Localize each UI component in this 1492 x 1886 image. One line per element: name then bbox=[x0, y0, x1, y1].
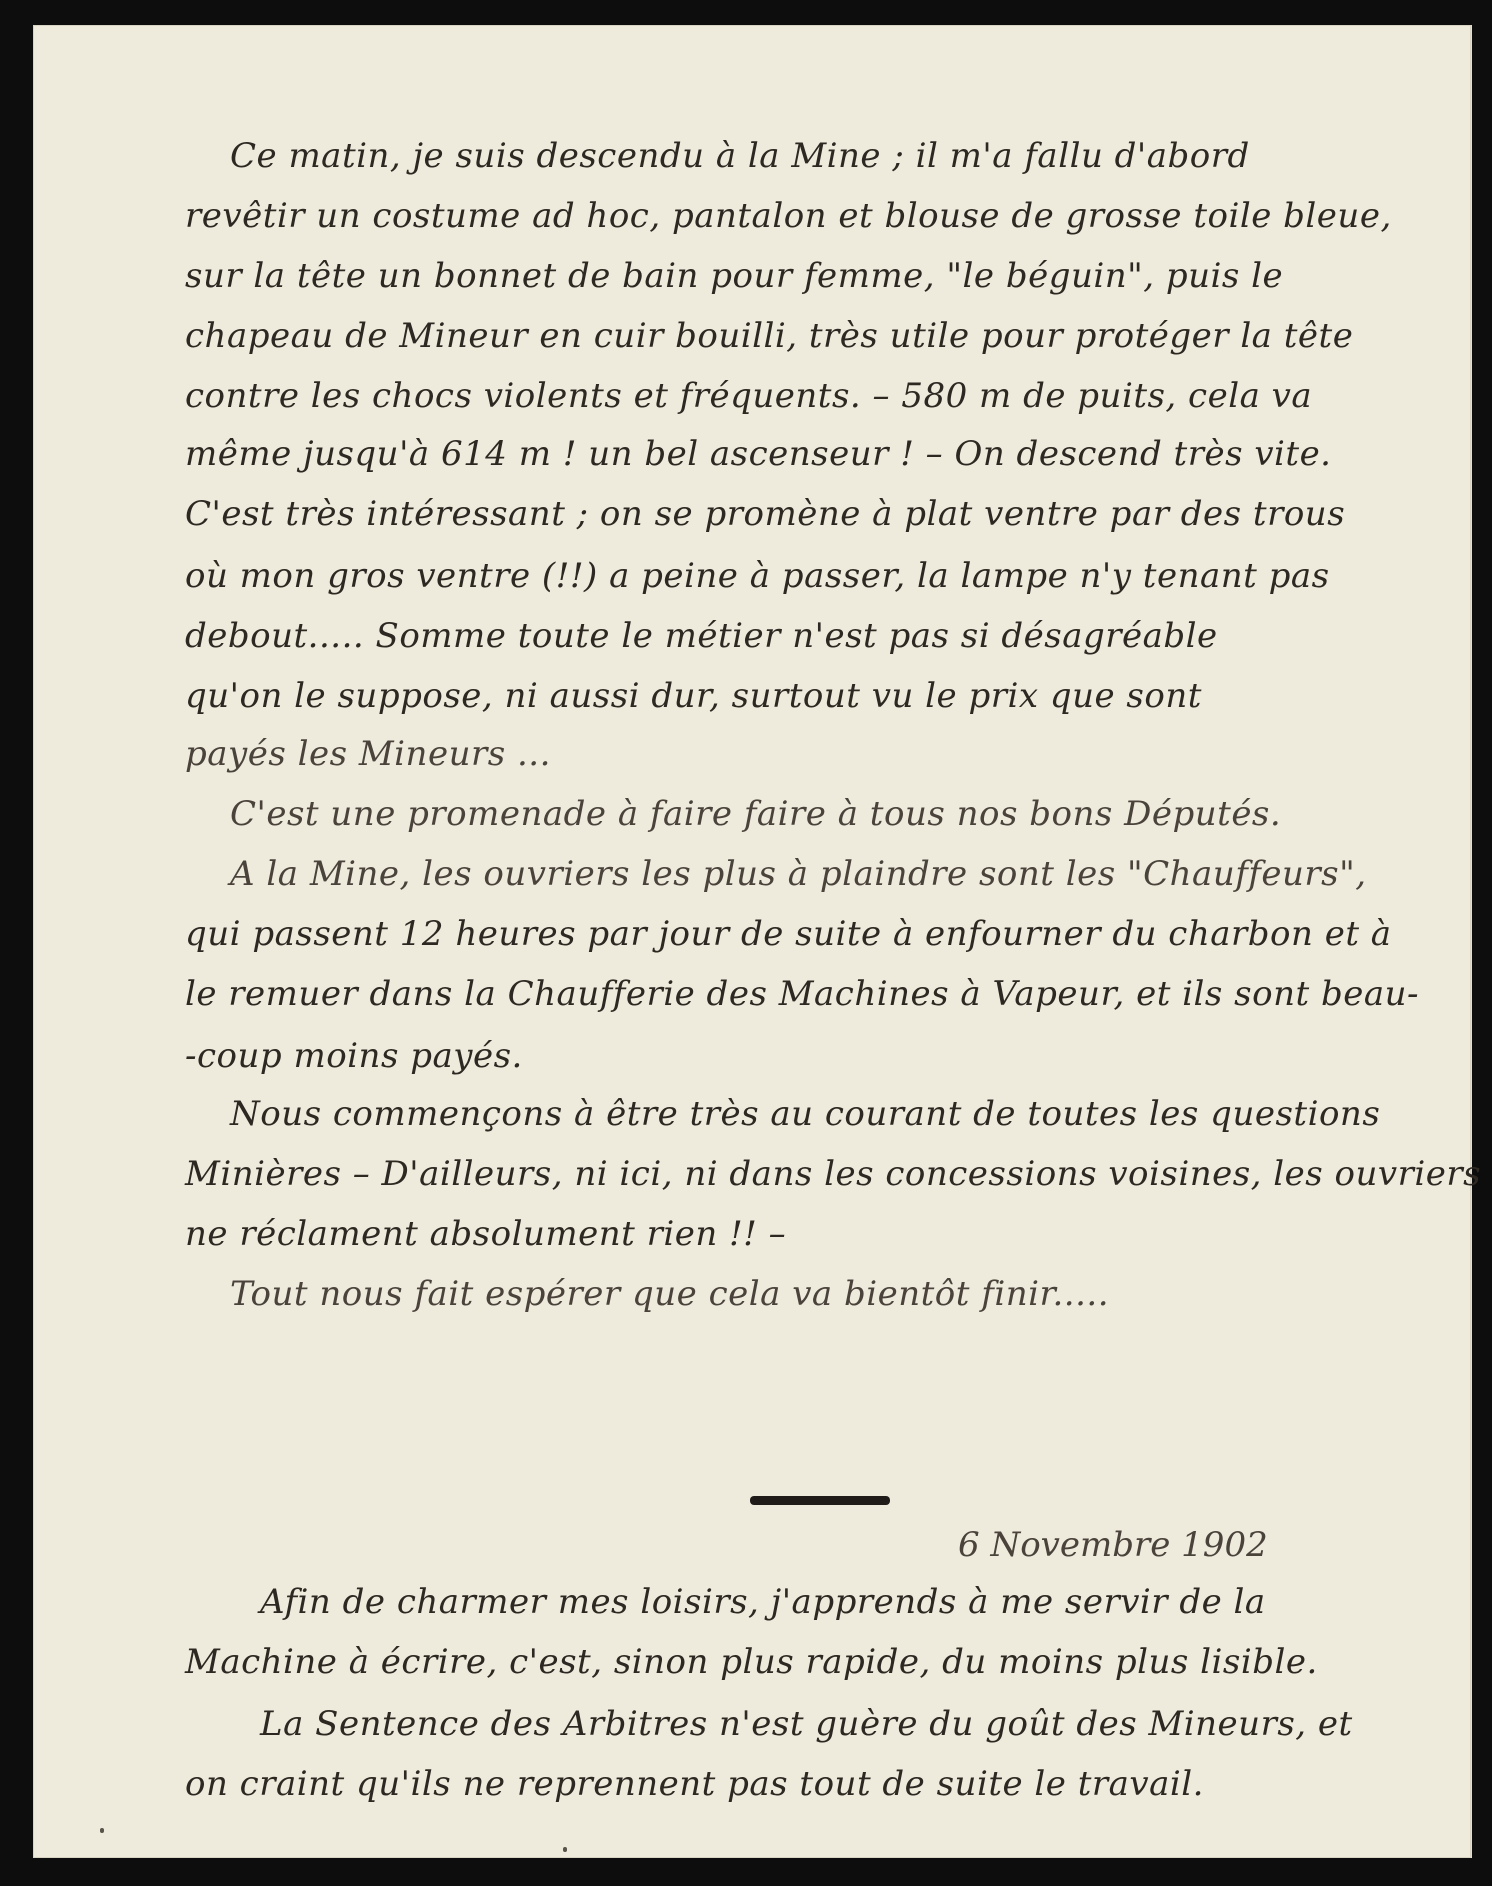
text-line-23: La Sentence des Arbitres n'est guère du … bbox=[260, 1704, 1353, 1744]
ink-speck bbox=[100, 1828, 104, 1833]
text-line-4: chapeau de Mineur en cuir bouilli, très … bbox=[185, 316, 1353, 356]
text-line-12: C'est une promenade à faire faire à tous… bbox=[230, 794, 1281, 834]
text-line-20: Tout nous fait espérer que cela va bient… bbox=[230, 1274, 1109, 1314]
text-line-18: Minières – D'ailleurs, ni ici, ni dans l… bbox=[185, 1154, 1481, 1194]
text-line-1: Ce matin, je suis descendu à la Mine ; i… bbox=[230, 136, 1250, 176]
text-line-24: on craint qu'ils ne reprennent pas tout … bbox=[185, 1764, 1204, 1804]
section-divider bbox=[750, 1496, 890, 1505]
text-line-9: debout..... Somme toute le métier n'est … bbox=[185, 616, 1218, 656]
text-line-16: -coup moins payés. bbox=[185, 1036, 523, 1076]
entry-date: 6 Novembre 1902 bbox=[958, 1525, 1268, 1565]
text-line-8: où mon gros ventre (!!) a peine à passer… bbox=[185, 556, 1330, 596]
text-line-13: A la Mine, les ouvriers les plus à plain… bbox=[230, 854, 1367, 894]
text-line-10: qu'on le suppose, ni aussi dur, surtout … bbox=[185, 676, 1202, 716]
text-line-22: Machine à écrire, c'est, sinon plus rapi… bbox=[185, 1642, 1318, 1682]
text-line-6: même jusqu'à 614 m ! un bel ascenseur ! … bbox=[185, 434, 1332, 474]
text-line-7: C'est très intéressant ; on se promène à… bbox=[185, 494, 1345, 534]
ink-speck bbox=[563, 1847, 567, 1852]
text-line-5: contre les chocs violents et fréquents. … bbox=[185, 376, 1312, 416]
letter-page: Ce matin, je suis descendu à la Mine ; i… bbox=[33, 25, 1472, 1858]
text-line-3: sur la tête un bonnet de bain pour femme… bbox=[185, 256, 1283, 296]
text-line-21: Afin de charmer mes loisirs, j'apprends … bbox=[260, 1582, 1266, 1622]
text-line-15: le remuer dans la Chaufferie des Machine… bbox=[185, 974, 1419, 1014]
text-line-11: payés les Mineurs ... bbox=[185, 734, 551, 774]
text-line-2: revêtir un costume ad hoc, pantalon et b… bbox=[185, 196, 1392, 236]
text-line-14: qui passent 12 heures par jour de suite … bbox=[185, 914, 1392, 954]
text-line-19: ne réclament absolument rien !! – bbox=[185, 1214, 786, 1254]
text-line-17: Nous commençons à être très au courant d… bbox=[230, 1094, 1380, 1134]
